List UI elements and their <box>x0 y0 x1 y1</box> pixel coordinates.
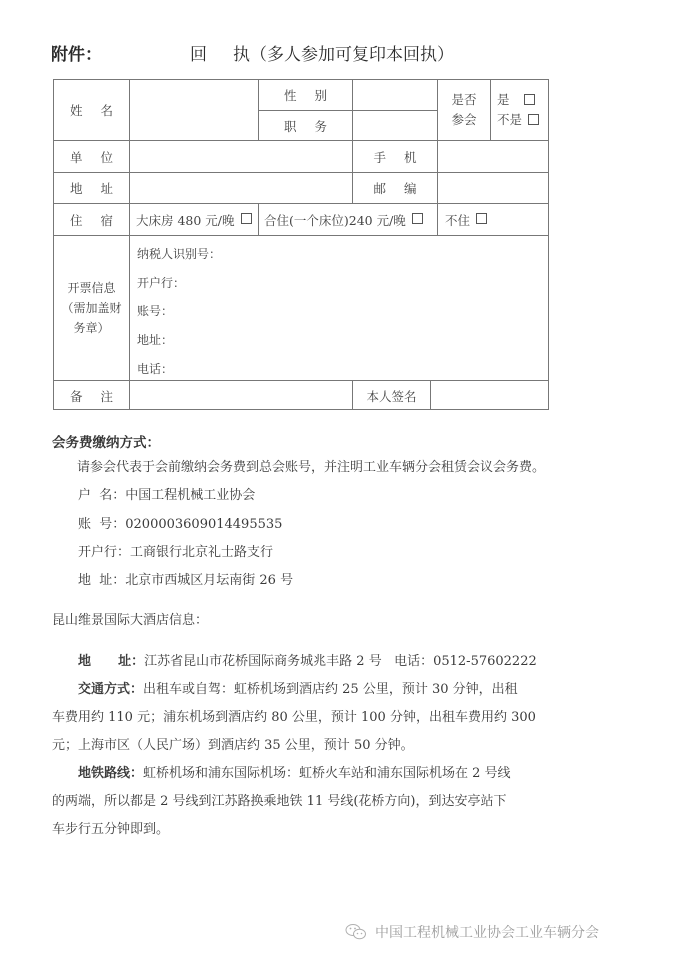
transport-text-1: 出租车或自驾：虹桥机场到酒店约 25 公里，预计 30 分钟，出租 <box>143 682 518 697</box>
invoice-label: 开票信息 （需加盖财 务章） <box>54 236 129 380</box>
lodging-label: 住宿 <box>54 204 129 235</box>
payment-instruction: 请参会代表于会前缴纳会务费到总会账号，并注明工业车辆分会租赁会议会务费。 <box>77 456 545 475</box>
account-number: 账 号：0200003609014495535 <box>78 513 282 532</box>
metro-line-3: 车步行五分钟即到。 <box>52 818 169 837</box>
watermark: 中国工程机械工业协会工业车辆分会 <box>345 922 599 942</box>
bank-name: 开户行：工商银行北京礼士路支行 <box>78 541 273 560</box>
title-rest: 执（多人参加可复印本回执） <box>233 45 454 65</box>
attend-yes-option[interactable]: 是 <box>497 90 535 110</box>
transport-line-3: 元；上海市区（人民广场）到酒店约 35 公里，预计 50 分钟。 <box>52 734 414 753</box>
taxpayer-id-field[interactable]: 纳税人识别号： <box>137 240 221 269</box>
checkbox[interactable] <box>528 114 539 125</box>
bank-address: 地 址：北京市西城区月坛南街 26 号 <box>78 569 293 588</box>
metro-line-2: 的两端，所以都是 2 号线到江苏路换乘地铁 11 号线(花桥方向)，到达安亭站下 <box>52 790 507 809</box>
invoice-label-line3: 务章） <box>73 318 109 338</box>
title-char: 回 <box>190 45 207 65</box>
address-label: 地址 <box>54 173 129 203</box>
checkbox[interactable] <box>241 213 252 224</box>
company-field[interactable] <box>130 141 352 172</box>
address-field[interactable] <box>130 173 352 203</box>
checkbox[interactable] <box>476 213 487 224</box>
attend-options: 是 不是 <box>491 80 549 140</box>
account-field[interactable]: 账号： <box>137 297 221 326</box>
transport-line-2: 车费用约 110 元；浦东机场到酒店约 80 公里，预计 100 分钟，出租车费… <box>52 706 536 725</box>
name-field[interactable] <box>130 80 258 140</box>
page-title: 回执（多人参加可复印本回执） <box>190 40 454 65</box>
signature-label: 本人签名 <box>353 381 430 410</box>
remarks-field[interactable] <box>130 381 352 410</box>
position-field[interactable] <box>353 111 437 140</box>
gender-label: 性别 <box>259 80 352 110</box>
hotel-address-line: 地 址：江苏省昆山市花桥国际商务城兆丰路 2 号 电话：0512-5760222… <box>78 650 537 669</box>
hotel-address-label: 地 址： <box>78 654 144 669</box>
metro-text-1: 虹桥机场和浦东国际机场：虹桥火车站和浦东国际机场在 2 号线 <box>143 766 511 781</box>
attend-label-line2: 参会 <box>451 110 476 130</box>
mobile-label: 手机 <box>353 141 437 172</box>
lodging-option-king[interactable]: 大床房 480 元/晚 <box>130 204 258 235</box>
payment-section-title: 会务费缴纳方式： <box>52 431 160 451</box>
attend-label: 是否 参会 <box>438 80 490 140</box>
invoice-fields: 纳税人识别号： 开户行： 账号： 地址： 电话： <box>137 240 221 384</box>
hotel-section-title: 昆山维景国际大酒店信息： <box>52 609 208 628</box>
invoice-address-field[interactable]: 地址： <box>137 326 221 355</box>
metro-line-1: 地铁路线：虹桥机场和浦东国际机场：虹桥火车站和浦东国际机场在 2 号线 <box>78 762 511 781</box>
company-label: 单位 <box>54 141 129 172</box>
invoice-label-line1: 开票信息 <box>67 278 115 298</box>
checkbox[interactable] <box>524 94 535 105</box>
bank-field[interactable]: 开户行： <box>137 269 221 298</box>
gender-field[interactable] <box>353 80 437 110</box>
metro-label: 地铁路线： <box>78 766 143 781</box>
remarks-label: 备注 <box>54 381 129 410</box>
lodging-option-none[interactable]: 不住 <box>438 204 549 235</box>
mobile-field[interactable] <box>438 141 549 172</box>
hotel-address-value: 江苏省昆山市花桥国际商务城兆丰路 2 号 电话：0512-57602222 <box>144 654 537 669</box>
attend-label-line1: 是否 <box>451 90 476 110</box>
transport-label: 交通方式： <box>78 682 143 697</box>
attachment-label: 附件： <box>51 40 102 65</box>
attend-no-option[interactable]: 不是 <box>497 110 539 130</box>
postcode-label: 邮编 <box>353 173 437 203</box>
watermark-text: 中国工程机械工业协会工业车辆分会 <box>375 922 599 942</box>
checkbox[interactable] <box>412 213 423 224</box>
name-label: 姓名 <box>54 80 129 140</box>
signature-field[interactable] <box>431 381 549 410</box>
lodging-option-shared[interactable]: 合住(一个床位)240 元/晚 <box>259 204 437 235</box>
transport-line-1: 交通方式：出租车或自驾：虹桥机场到酒店约 25 公里，预计 30 分钟，出租 <box>78 678 518 697</box>
wechat-icon <box>345 923 367 941</box>
invoice-label-line2: （需加盖财 <box>61 298 121 318</box>
account-name: 户 名：中国工程机械工业协会 <box>78 484 255 503</box>
postcode-field[interactable] <box>438 173 549 203</box>
position-label: 职务 <box>259 111 352 140</box>
phone-field[interactable]: 电话： <box>137 355 221 384</box>
